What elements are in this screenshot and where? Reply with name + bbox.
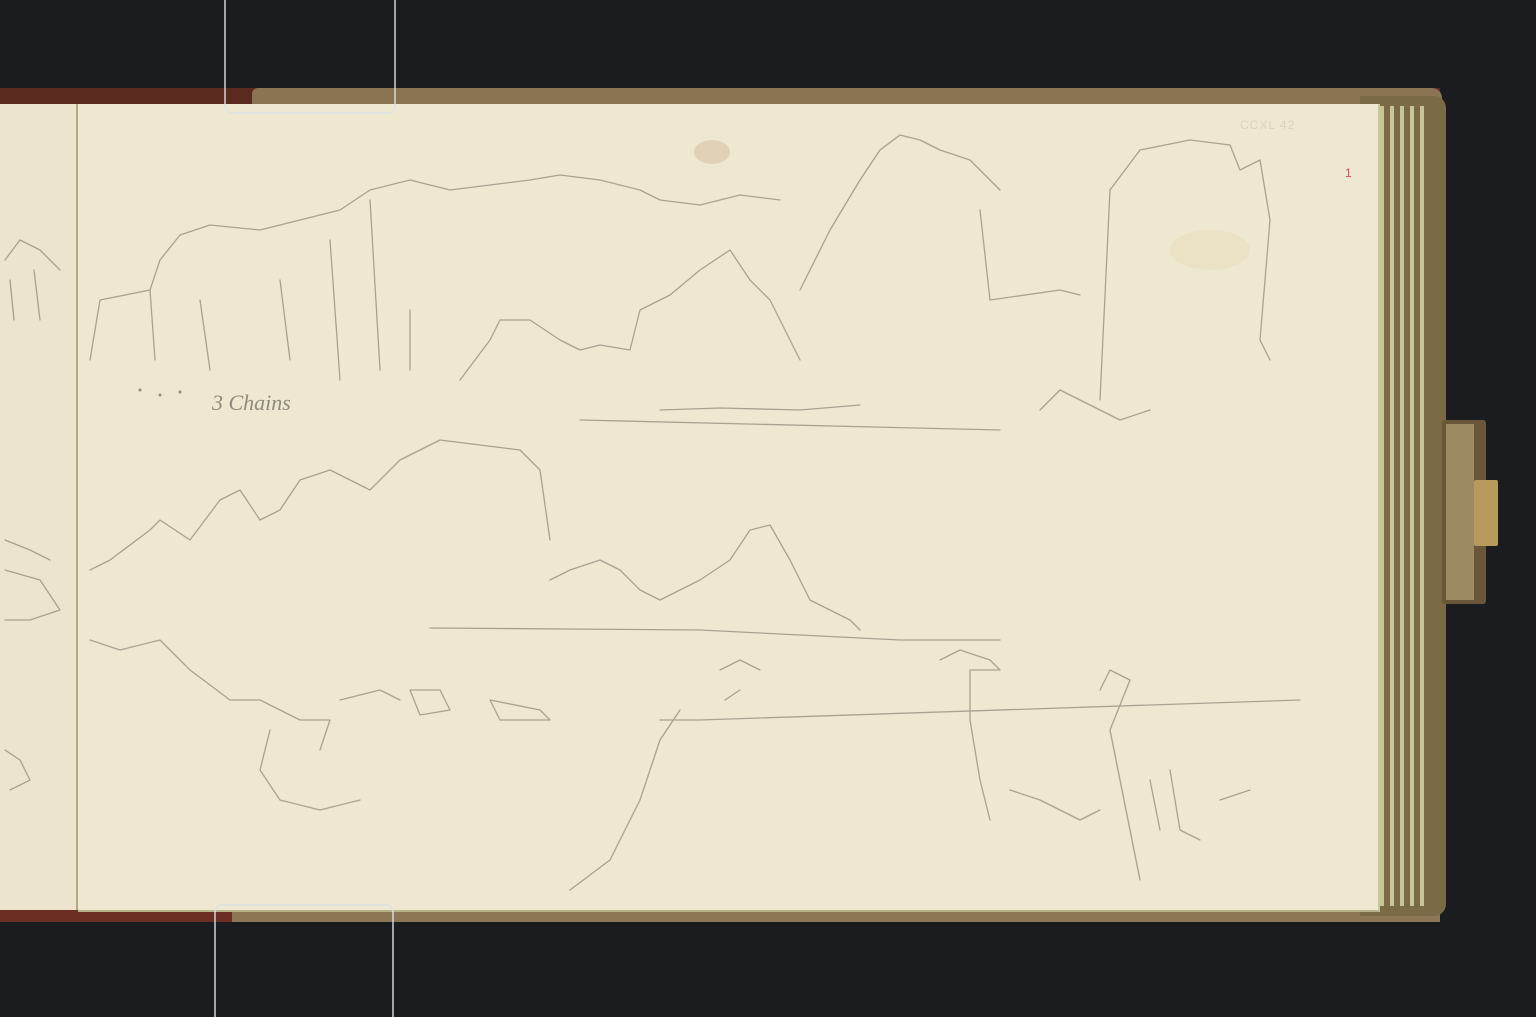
handwritten-note: 3 Chains xyxy=(212,390,291,416)
page-number-mark: 1 xyxy=(1345,166,1352,180)
pencil-sketch xyxy=(0,0,1536,1017)
catalogue-reference: CCXL 42 xyxy=(1240,118,1295,132)
